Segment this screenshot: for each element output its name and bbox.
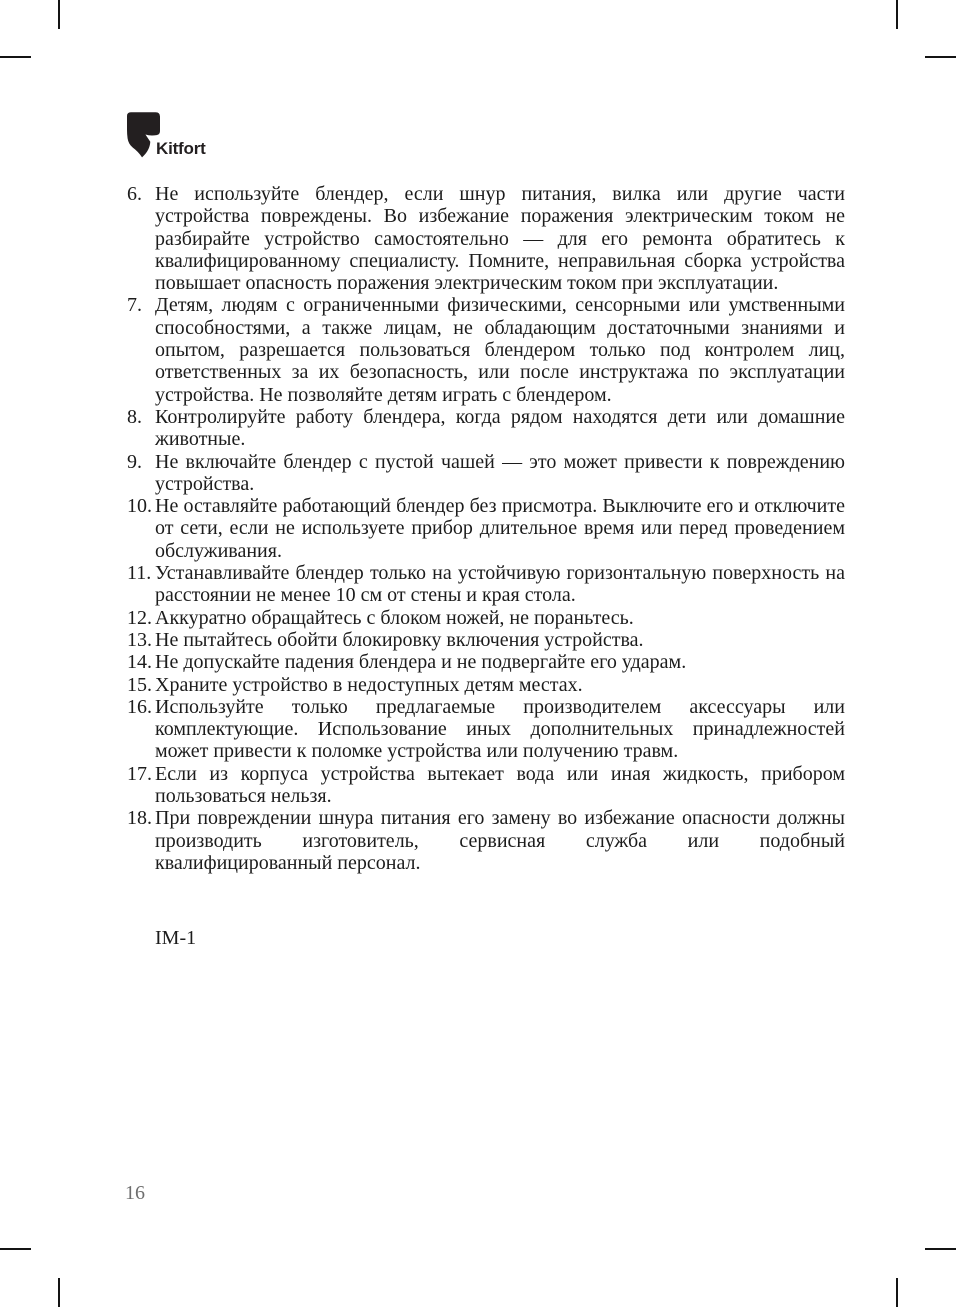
list-item-number: 10. — [127, 495, 152, 517]
list-item: 11.Устанавливайте блендер только на усто… — [127, 562, 845, 607]
list-item-number: 18. — [127, 807, 152, 829]
list-item-number: 14. — [127, 651, 152, 673]
list-item-number: 13. — [127, 629, 152, 651]
doc-code: IM-1 — [155, 927, 196, 950]
list-item-number: 11. — [127, 562, 151, 584]
list-item: 9.Не включайте блендер с пустой чашей — … — [127, 451, 845, 496]
crop-mark-bottom-left-horizontal — [0, 1248, 31, 1250]
list-item-text: При повреждении шнура питания его замену… — [155, 807, 845, 874]
list-item-number: 16. — [127, 696, 152, 718]
list-item-text: Устанавливайте блендер только на устойчи… — [155, 562, 845, 606]
list-item-number: 8. — [127, 406, 142, 428]
crop-mark-top-left-horizontal — [0, 56, 31, 58]
safety-instructions-section: 6.Не используйте блендер, если шнур пита… — [127, 183, 845, 874]
crop-mark-top-right-vertical — [896, 0, 898, 29]
list-item-text: Используйте только предлагаемые производ… — [155, 696, 845, 763]
list-item-text: Детям, людям с ограниченными физическими… — [155, 294, 845, 405]
list-item-text: Контролируйте работу блендера, когда ряд… — [155, 406, 845, 450]
list-item: 6.Не используйте блендер, если шнур пита… — [127, 183, 845, 294]
list-item-text: Не пытайтесь обойти блокировку включения… — [155, 629, 644, 651]
list-item-text: Не допускайте падения блендера и не подв… — [155, 651, 686, 673]
list-item-text: Не включайте блендер с пустой чашей — эт… — [155, 451, 845, 495]
list-item-text: Не оставляйте работающий блендер без при… — [155, 495, 845, 562]
crop-mark-bottom-right-horizontal — [925, 1248, 956, 1250]
list-item-number: 15. — [127, 674, 152, 696]
crop-mark-bottom-right-vertical — [896, 1278, 898, 1307]
list-item: 10.Не оставляйте работающий блендер без … — [127, 495, 845, 562]
crop-mark-top-left-vertical — [58, 0, 60, 29]
list-item: 12.Аккуратно обращайтесь с блоком ножей,… — [127, 607, 845, 629]
list-item-number: 9. — [127, 451, 142, 473]
list-item-text: Храните устройство в недоступных детям м… — [155, 674, 583, 696]
manual-page: Kitfort 6.Не используйте блендер, если ш… — [0, 0, 956, 1307]
kitfort-logo: Kitfort — [127, 112, 287, 160]
list-item: 13.Не пытайтесь обойти блокировку включе… — [127, 629, 845, 651]
list-item-text: Если из корпуса устройства вытекает вода… — [155, 763, 845, 807]
list-item-number: 6. — [127, 183, 142, 205]
crop-mark-bottom-left-vertical — [58, 1278, 60, 1307]
page-number: 16 — [125, 1182, 145, 1205]
list-item: 15.Храните устройство в недоступных детя… — [127, 674, 845, 696]
list-item-number: 12. — [127, 607, 152, 629]
list-item-text: Аккуратно обращайтесь с блоком ножей, не… — [155, 607, 634, 629]
list-item-text: Не используйте блендер, если шнур питани… — [155, 183, 845, 294]
list-item: 7.Детям, людям с ограниченными физически… — [127, 294, 845, 405]
list-item-number: 17. — [127, 763, 152, 785]
safety-list: 6.Не используйте блендер, если шнур пита… — [127, 183, 845, 874]
list-item: 14.Не допускайте падения блендера и не п… — [127, 651, 845, 673]
kitfort-logo-wordmark: Kitfort — [156, 139, 206, 159]
list-item: 8.Контролируйте работу блендера, когда р… — [127, 406, 845, 451]
crop-mark-top-right-horizontal — [925, 56, 956, 58]
list-item: 16.Используйте только предлагаемые произ… — [127, 696, 845, 763]
list-item: 18.При повреждении шнура питания его зам… — [127, 807, 845, 874]
list-item-number: 7. — [127, 294, 142, 316]
list-item: 17.Если из корпуса устройства вытекает в… — [127, 763, 845, 808]
